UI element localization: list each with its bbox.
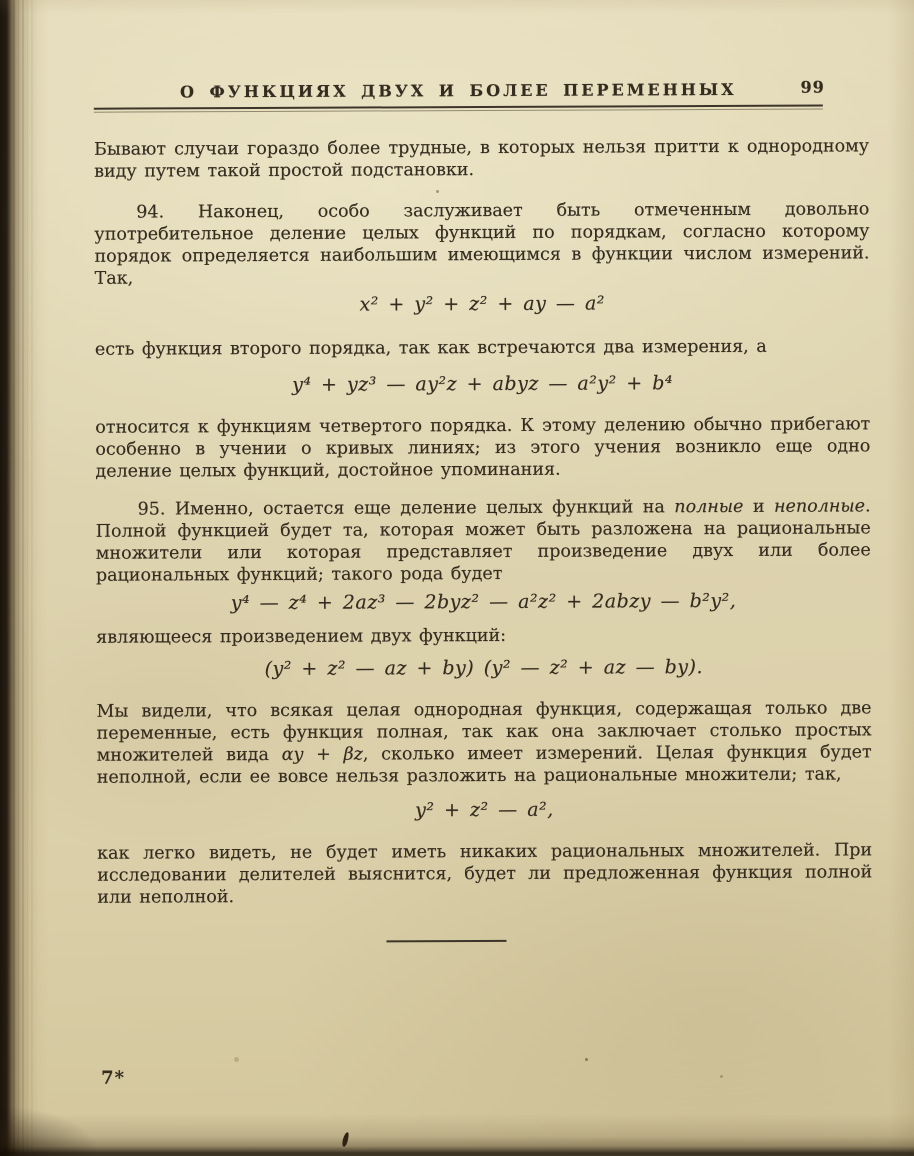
header-rule: [94, 105, 823, 113]
running-header-title: О ФУНКЦИЯХ ДВУХ И БОЛЕЕ ПЕРЕМЕННЫХ: [180, 80, 737, 101]
paragraph-complete-functions: Мы видели, что всякая целая однородная ф…: [96, 697, 871, 788]
formula-two-factors: (y² + z² — az + by) (y² — z² + az — by).: [96, 653, 871, 682]
paragraph-product-intro: являющееся произведением двух функций:: [96, 623, 871, 648]
running-header: О ФУНКЦИЯХ ДВУХ И БОЛЕЕ ПЕРЕМЕННЫХ 99: [94, 79, 823, 113]
page-number: 99: [800, 77, 824, 99]
paragraph-closing: как легко видеть, не будет иметь никаких…: [97, 839, 872, 908]
formula-fourth-order: y⁴ + yz³ — ay²z + abyz — a²y² + b⁴: [95, 369, 870, 398]
running-header-row: О ФУНКЦИЯХ ДВУХ И БОЛЕЕ ПЕРЕМЕННЫХ 99: [94, 79, 823, 103]
formula-product-expansion: y⁴ — z⁴ + 2az³ — 2byz² — a²z² + 2abzy — …: [96, 587, 871, 616]
paragraph-after-formula-2: относится к функциям четвертого порядка.…: [95, 413, 870, 482]
scanned-book-page: О ФУНКЦИЯХ ДВУХ И БОЛЕЕ ПЕРЕМЕННЫХ 99 Бы…: [0, 0, 914, 1156]
page-content: О ФУНКЦИЯХ ДВУХ И БОЛЕЕ ПЕРЕМЕННЫХ 99 Бы…: [93, 0, 872, 944]
page-right-shading: [888, 0, 914, 1156]
bottom-left-corner-shadow: [0, 1066, 160, 1156]
section-separator-rule: [386, 940, 506, 943]
paragraph-95-text: 95. Именно, остается еще деление целых ф…: [138, 497, 675, 519]
paragraph-94: 94. Наконец, особо заслуживает быть отме…: [94, 198, 869, 289]
formula-incomplete-example: y² + z² — a²,: [97, 795, 872, 824]
formula-second-order: x² + y² + z² + ay — a²: [95, 289, 870, 318]
paragraph-95: 95. Именно, остается еще деление целых ф…: [96, 495, 871, 586]
term-complete-functions: полные: [674, 497, 743, 517]
page-top-shading: [0, 0, 914, 14]
book-gutter-streaks: [4, 0, 38, 1156]
paragraph-95-text: и: [743, 497, 774, 517]
term-incomplete-functions: неполные: [774, 496, 865, 516]
paper-specks: [436, 190, 439, 193]
paragraph-intro: Бывают случаи гораздо более трудные, в к…: [94, 135, 869, 182]
paragraph-after-formula-1: есть функция второго порядка, так как вс…: [95, 335, 870, 360]
inline-formula-alpha-beta: αy + βz: [282, 745, 363, 765]
